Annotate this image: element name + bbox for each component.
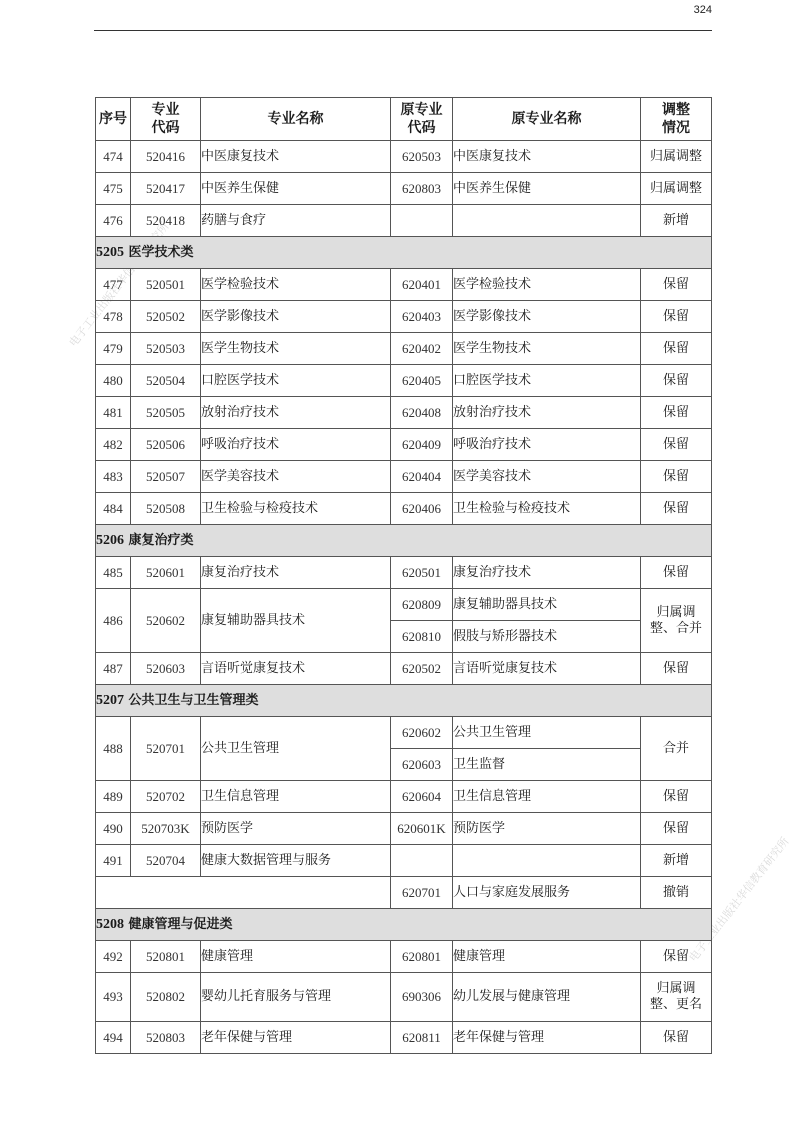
section-row-5205: 5205 医学技术类	[96, 237, 712, 269]
header-orig-name: 原专业名称	[453, 98, 641, 141]
table-header-row: 序号 专业代码 专业名称 原专业代码 原专业名称 调整情况	[96, 98, 712, 141]
table-row: 487 520603 言语听觉康复技术 620502 言语听觉康复技术 保留	[96, 653, 712, 685]
table-row: 483 520507 医学美容技术 620404 医学美容技术 保留	[96, 461, 712, 493]
table-row: 481 520505 放射治疗技术 620408 放射治疗技术 保留	[96, 397, 712, 429]
table-row: 494 520803 老年保健与管理 620811 老年保健与管理 保留	[96, 1022, 712, 1054]
header-orig-code: 原专业代码	[391, 98, 453, 141]
table-row-revoked: 620701 人口与家庭发展服务 撤销	[96, 877, 712, 909]
table-row: 485 520601 康复治疗技术 620501 康复治疗技术 保留	[96, 557, 712, 589]
table-row: 492 520801 健康管理 620801 健康管理 保留	[96, 941, 712, 973]
table-row: 478 520502 医学影像技术 620403 医学影像技术 保留	[96, 301, 712, 333]
table-row: 477 520501 医学检验技术 620401 医学检验技术 保留	[96, 269, 712, 301]
section-row-5207: 5207 公共卫生与卫生管理类	[96, 685, 712, 717]
table-row: 482 520506 呼吸治疗技术 620409 呼吸治疗技术 保留	[96, 429, 712, 461]
header-rule	[94, 30, 712, 31]
table-row: 489 520702 卫生信息管理 620604 卫生信息管理 保留	[96, 781, 712, 813]
header-seq: 序号	[96, 98, 131, 141]
table-row: 474 520416 中医康复技术 620503 中医康复技术 归属调整	[96, 141, 712, 173]
table-row: 490 520703K 预防医学 620601K 预防医学 保留	[96, 813, 712, 845]
major-adjustment-table: 序号 专业代码 专业名称 原专业代码 原专业名称 调整情况 474 520416…	[95, 97, 712, 1054]
table-row: 476 520418 药膳与食疗 新增	[96, 205, 712, 237]
table-row: 479 520503 医学生物技术 620402 医学生物技术 保留	[96, 333, 712, 365]
table-row: 493 520802 婴幼儿托育服务与管理 690306 幼儿发展与健康管理 归…	[96, 973, 712, 1022]
table-row: 480 520504 口腔医学技术 620405 口腔医学技术 保留	[96, 365, 712, 397]
page-number: 324	[694, 4, 712, 16]
table-row: 484 520508 卫生检验与检疫技术 620406 卫生检验与检疫技术 保留	[96, 493, 712, 525]
status-merged: 归属调整、合并	[641, 589, 712, 653]
header-code: 专业代码	[131, 98, 201, 141]
section-row-5206: 5206 康复治疗类	[96, 525, 712, 557]
header-name: 专业名称	[201, 98, 391, 141]
table-row: 475 520417 中医养生保健 620803 中医养生保健 归属调整	[96, 173, 712, 205]
table-row: 486 520602 康复辅助器具技术 620809 康复辅助器具技术 归属调整…	[96, 589, 712, 621]
section-row-5208: 5208 健康管理与促进类	[96, 909, 712, 941]
table-row: 488 520701 公共卫生管理 620602 公共卫生管理 合并	[96, 717, 712, 749]
status-renamed: 归属调整、更名	[641, 973, 712, 1022]
table-row: 491 520704 健康大数据管理与服务 新增	[96, 845, 712, 877]
header-status: 调整情况	[641, 98, 712, 141]
